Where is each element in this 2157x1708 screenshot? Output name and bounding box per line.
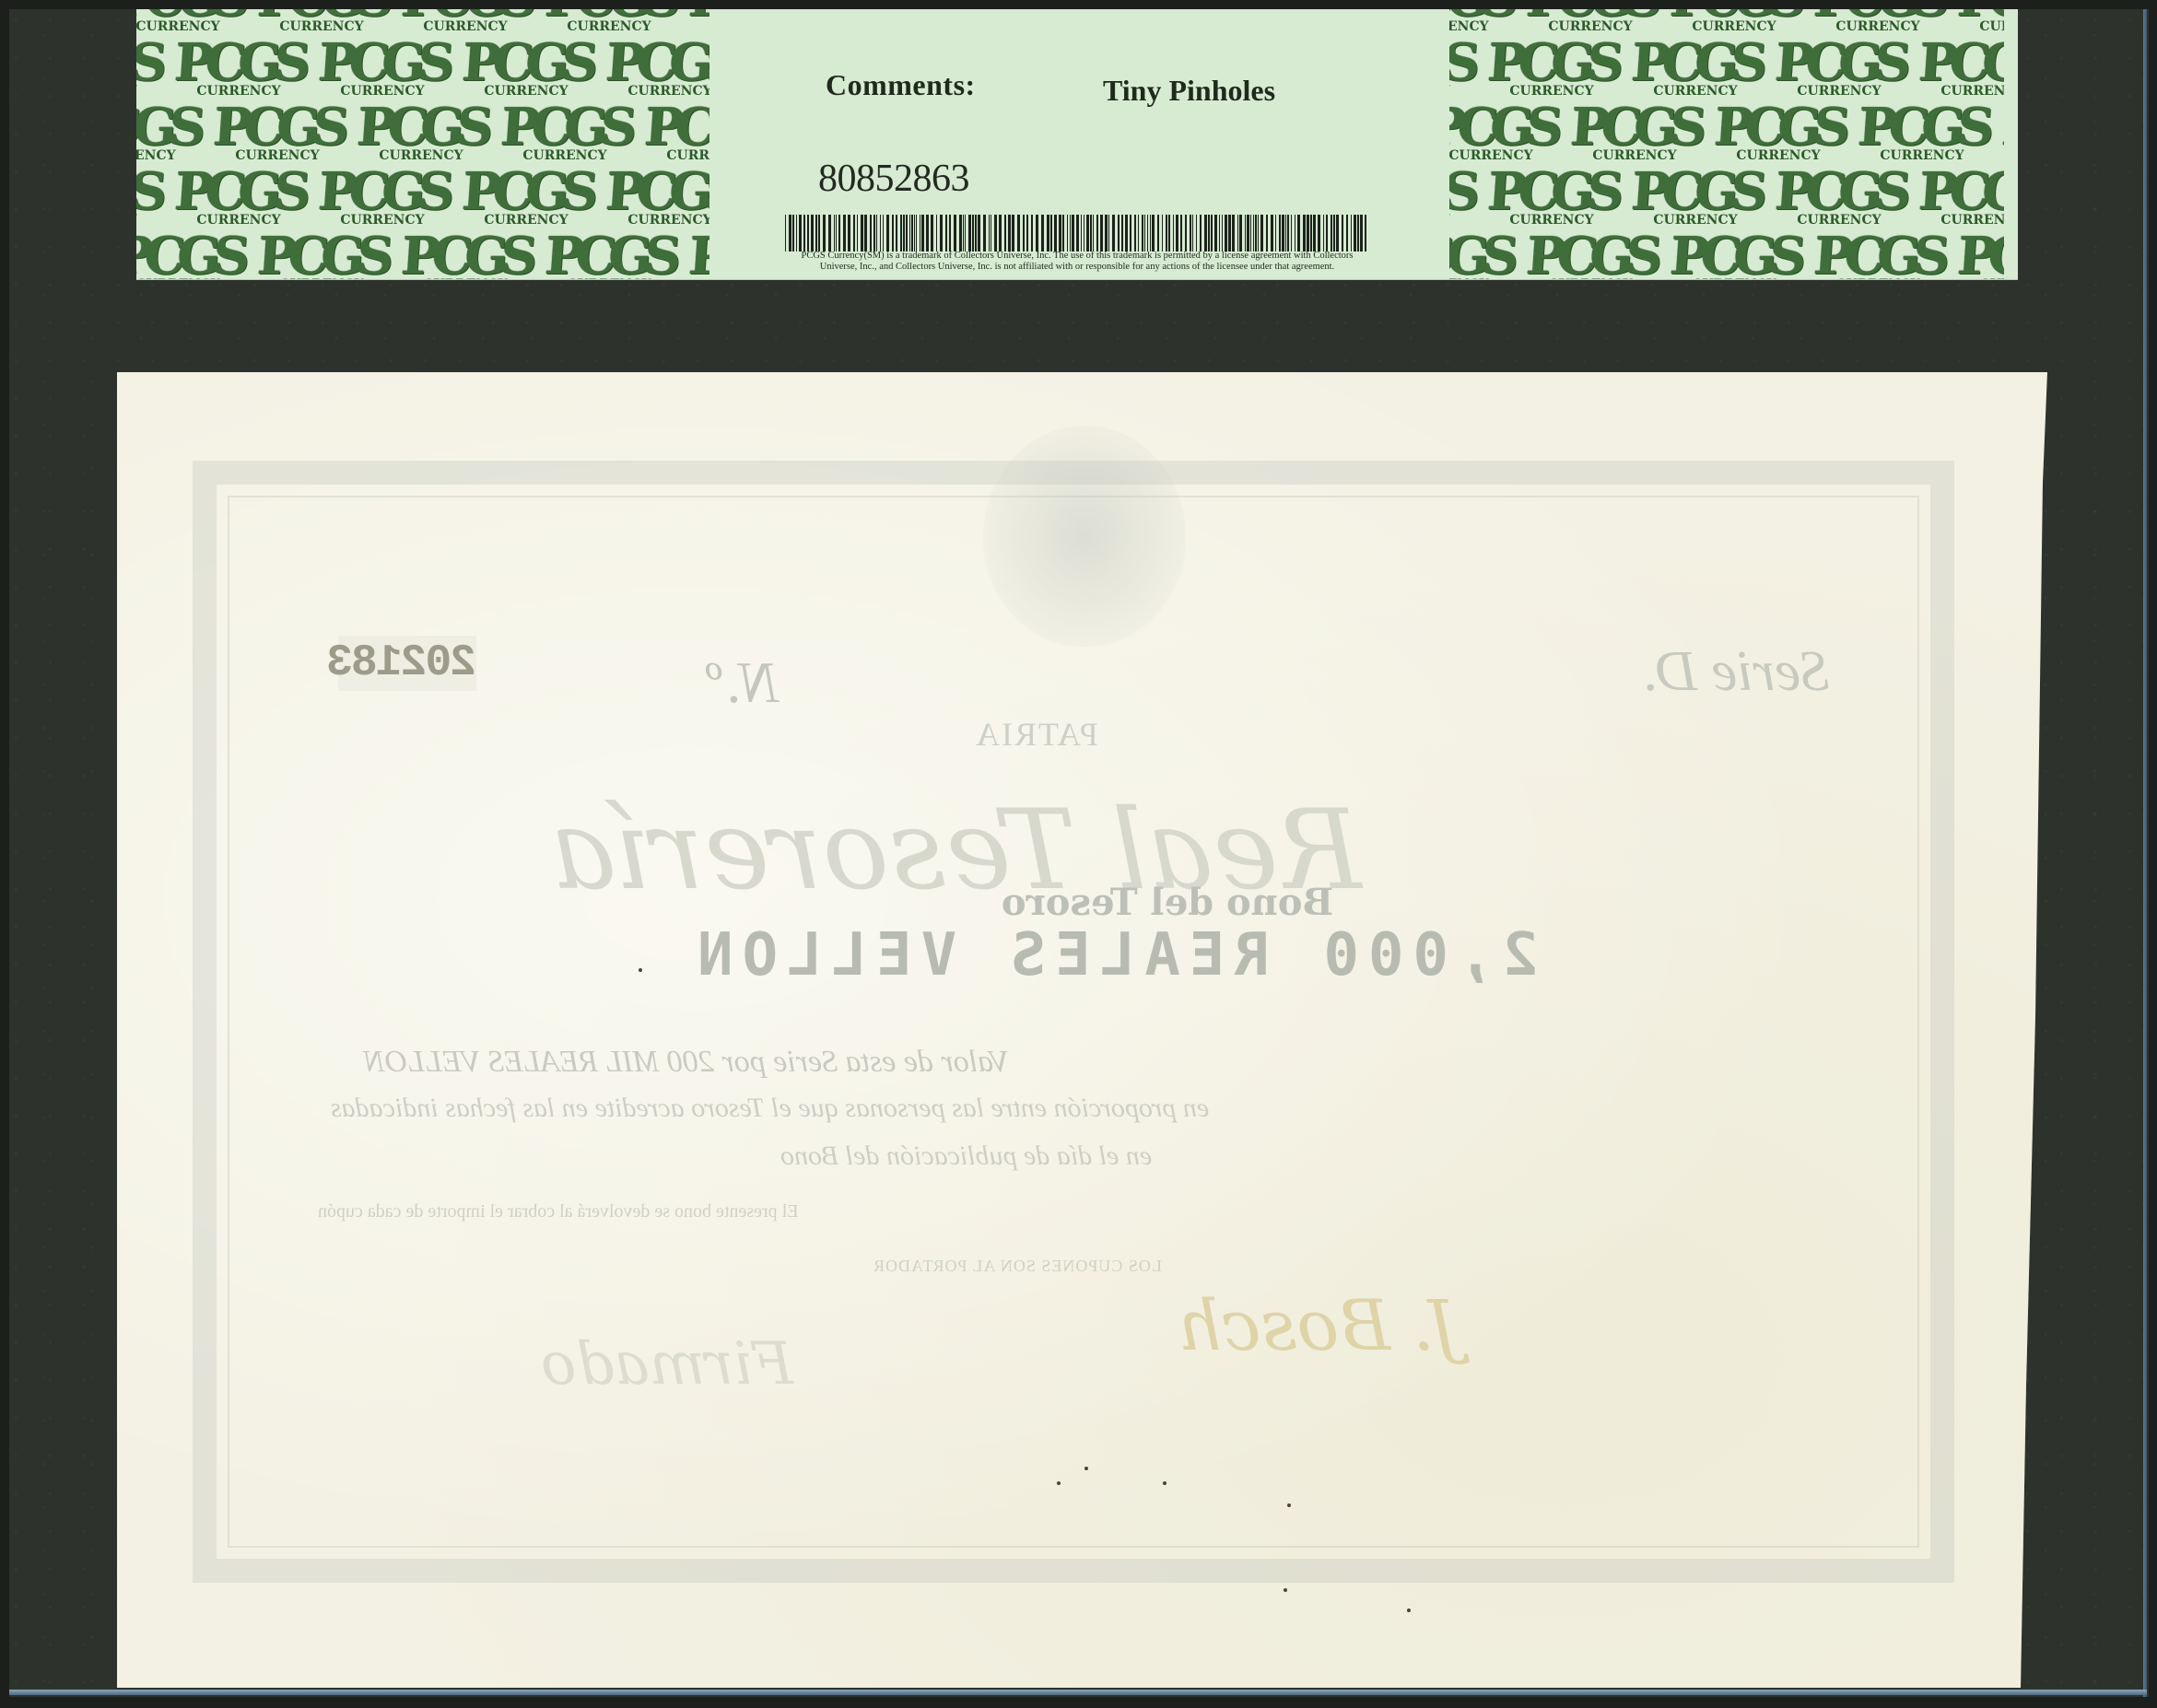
holder-edge-right bbox=[2143, 9, 2147, 1697]
pcgs-logo-icon: PCGSCURRENCY bbox=[1449, 166, 1477, 230]
barcode bbox=[785, 215, 1369, 252]
logo-row: PCGSCURRENCYPCGSCURRENCYPCGSCURRENCYPCGS… bbox=[136, 230, 709, 279]
pcgs-logo-pattern-right: PCGSCURRENCYPCGSCURRENCYPCGSCURRENCYPCGS… bbox=[1449, 9, 2004, 279]
pcgs-logo-icon: PCGSCURRENCY bbox=[1914, 37, 2004, 101]
pcgs-logo-icon: PCGSCURRENCY bbox=[684, 230, 709, 279]
pcgs-logo-icon: PCGSCURRENCY bbox=[1483, 166, 1621, 230]
pcgs-logo-icon: PCGSCURRENCY bbox=[1483, 37, 1621, 101]
pcgs-logo-icon: PCGSCURRENCY bbox=[136, 230, 247, 279]
pcgs-logo-icon: PCGSCURRENCY bbox=[457, 37, 595, 101]
pcgs-logo-icon: PCGSCURRENCY bbox=[1809, 230, 1947, 279]
grading-label: PCGSCURRENCYPCGSCURRENCYPCGSCURRENCYPCGS… bbox=[136, 9, 2018, 279]
pcgs-logo-icon: PCGSCURRENCY bbox=[601, 37, 709, 101]
comments-value: Tiny Pinholes bbox=[1103, 74, 1275, 108]
patria-text: PATRIA bbox=[974, 715, 1098, 754]
serial-stamp: 202183 bbox=[338, 636, 476, 691]
holder-edge-bottom bbox=[9, 1690, 2147, 1695]
comments-label: Comments: bbox=[826, 68, 976, 102]
logo-row: PCGSCURRENCYPCGSCURRENCYPCGSCURRENCYPCGS… bbox=[1449, 166, 2004, 230]
pcgs-logo-icon: PCGSCURRENCY bbox=[1914, 166, 2004, 230]
pcgs-logo-icon: PCGSCURRENCY bbox=[313, 37, 451, 101]
pinhole bbox=[1163, 1481, 1166, 1485]
note-title: Bono del Tesoro bbox=[1002, 881, 1333, 924]
fineprint-line-2: Universe, Inc., and Collectors Universe,… bbox=[772, 262, 1382, 273]
pcgs-logo-icon: PCGSCURRENCY bbox=[540, 230, 678, 279]
pcgs-logo-icon: PCGSCURRENCY bbox=[352, 101, 490, 166]
pcgs-logo-icon: PCGSCURRENCY bbox=[396, 230, 534, 279]
pcgs-logo-icon: PCGSCURRENCY bbox=[1521, 230, 1659, 279]
denomination: 2,000 REALES VELLON bbox=[688, 921, 1538, 989]
logo-row: PCGSCURRENCYPCGSCURRENCYPCGSCURRENCYPCGS… bbox=[1449, 230, 2004, 279]
body-line-4: El presente bono se devolverá al cobrar … bbox=[318, 1201, 798, 1223]
pcgs-logo-icon: PCGSCURRENCY bbox=[170, 37, 308, 101]
logo-row: PCGSCURRENCYPCGSCURRENCYPCGSCURRENCYPCGS… bbox=[136, 101, 709, 166]
pcgs-logo-icon: PCGSCURRENCY bbox=[1449, 37, 1477, 101]
pinhole bbox=[1284, 1588, 1287, 1592]
pinhole bbox=[1057, 1481, 1061, 1485]
logo-row: PCGSCURRENCYPCGSCURRENCYPCGSCURRENCYPCGS… bbox=[1449, 37, 2004, 101]
pcgs-logo-icon: PCGSCURRENCY bbox=[1952, 230, 2004, 279]
pcgs-logo-icon: PCGSCURRENCY bbox=[170, 166, 308, 230]
pcgs-logo-icon: PCGSCURRENCY bbox=[1449, 101, 1560, 166]
pcgs-logo-icon: PCGSCURRENCY bbox=[457, 166, 595, 230]
pcgs-logo-icon: PCGSCURRENCY bbox=[1626, 37, 1764, 101]
coat-of-arms-icon bbox=[983, 426, 1186, 647]
pcgs-logo-icon: PCGSCURRENCY bbox=[1770, 166, 1908, 230]
logo-row: PCGSCURRENCYPCGSCURRENCYPCGSCURRENCYPCGS… bbox=[136, 37, 709, 101]
pinhole bbox=[1084, 1467, 1088, 1470]
body-line-2: en proporción entre las personas que el … bbox=[331, 1093, 1209, 1124]
body-line-1: Valor de esta Serie por 200 MIL REALES V… bbox=[364, 1045, 1009, 1080]
pinhole bbox=[1407, 1609, 1411, 1612]
logo-row: PCGSCURRENCYPCGSCURRENCYPCGSCURRENCYPCGS… bbox=[136, 166, 709, 230]
pinhole bbox=[639, 968, 642, 972]
signature-1: J. Bosch bbox=[1177, 1284, 1458, 1366]
pcgs-logo-icon: PCGSCURRENCY bbox=[1853, 101, 1991, 166]
fineprint-line-1: PCGS Currency(SM) is a trademark of Coll… bbox=[772, 251, 1382, 262]
logo-row: PCGSCURRENCYPCGSCURRENCYPCGSCURRENCYPCGS… bbox=[1449, 101, 2004, 166]
pcgs-logo-icon: PCGSCURRENCY bbox=[1997, 101, 2004, 166]
certification-number: 80852863 bbox=[818, 157, 969, 201]
pcgs-logo-icon: PCGSCURRENCY bbox=[1449, 230, 1516, 279]
pcgs-logo-icon: PCGSCURRENCY bbox=[252, 230, 391, 279]
trademark-fineprint: PCGS Currency(SM) is a trademark of Coll… bbox=[772, 251, 1382, 273]
number-prefix: N.º bbox=[707, 649, 780, 717]
pcgs-logo-icon: PCGSCURRENCY bbox=[496, 101, 634, 166]
pcgs-logo-icon: PCGSCURRENCY bbox=[136, 166, 164, 230]
body-line-5: LOS CUPONES SON AL PORTADOR bbox=[873, 1257, 1162, 1276]
pcgs-logo-icon: PCGSCURRENCY bbox=[136, 37, 164, 101]
pcgs-logo-icon: PCGSCURRENCY bbox=[601, 166, 709, 230]
pcgs-logo-icon: PCGSCURRENCY bbox=[136, 101, 203, 166]
pcgs-logo-icon: PCGSCURRENCY bbox=[1709, 101, 1847, 166]
signature-2: Firmado bbox=[541, 1330, 793, 1398]
body-line-3: en el día de publicación del Bono bbox=[780, 1141, 1152, 1172]
pcgs-logo-icon: PCGSCURRENCY bbox=[1665, 230, 1803, 279]
pcgs-logo-icon: PCGSCURRENCY bbox=[313, 166, 451, 230]
pcgs-logo-icon: PCGSCURRENCY bbox=[1565, 101, 1704, 166]
pcgs-logo-pattern-left: PCGSCURRENCYPCGSCURRENCYPCGSCURRENCYPCGS… bbox=[136, 9, 709, 279]
pcgs-logo-icon: PCGSCURRENCY bbox=[1626, 166, 1764, 230]
banknote-back: Serie D. N.º 202183 PATRIA Real Tesorerí… bbox=[117, 372, 2048, 1688]
pinhole bbox=[1287, 1503, 1291, 1507]
pcgs-logo-icon: PCGSCURRENCY bbox=[639, 101, 709, 166]
serie-text: Serie D. bbox=[1642, 639, 1829, 705]
pcgs-logo-icon: PCGSCURRENCY bbox=[1770, 37, 1908, 101]
pcgs-logo-icon: PCGSCURRENCY bbox=[208, 101, 346, 166]
